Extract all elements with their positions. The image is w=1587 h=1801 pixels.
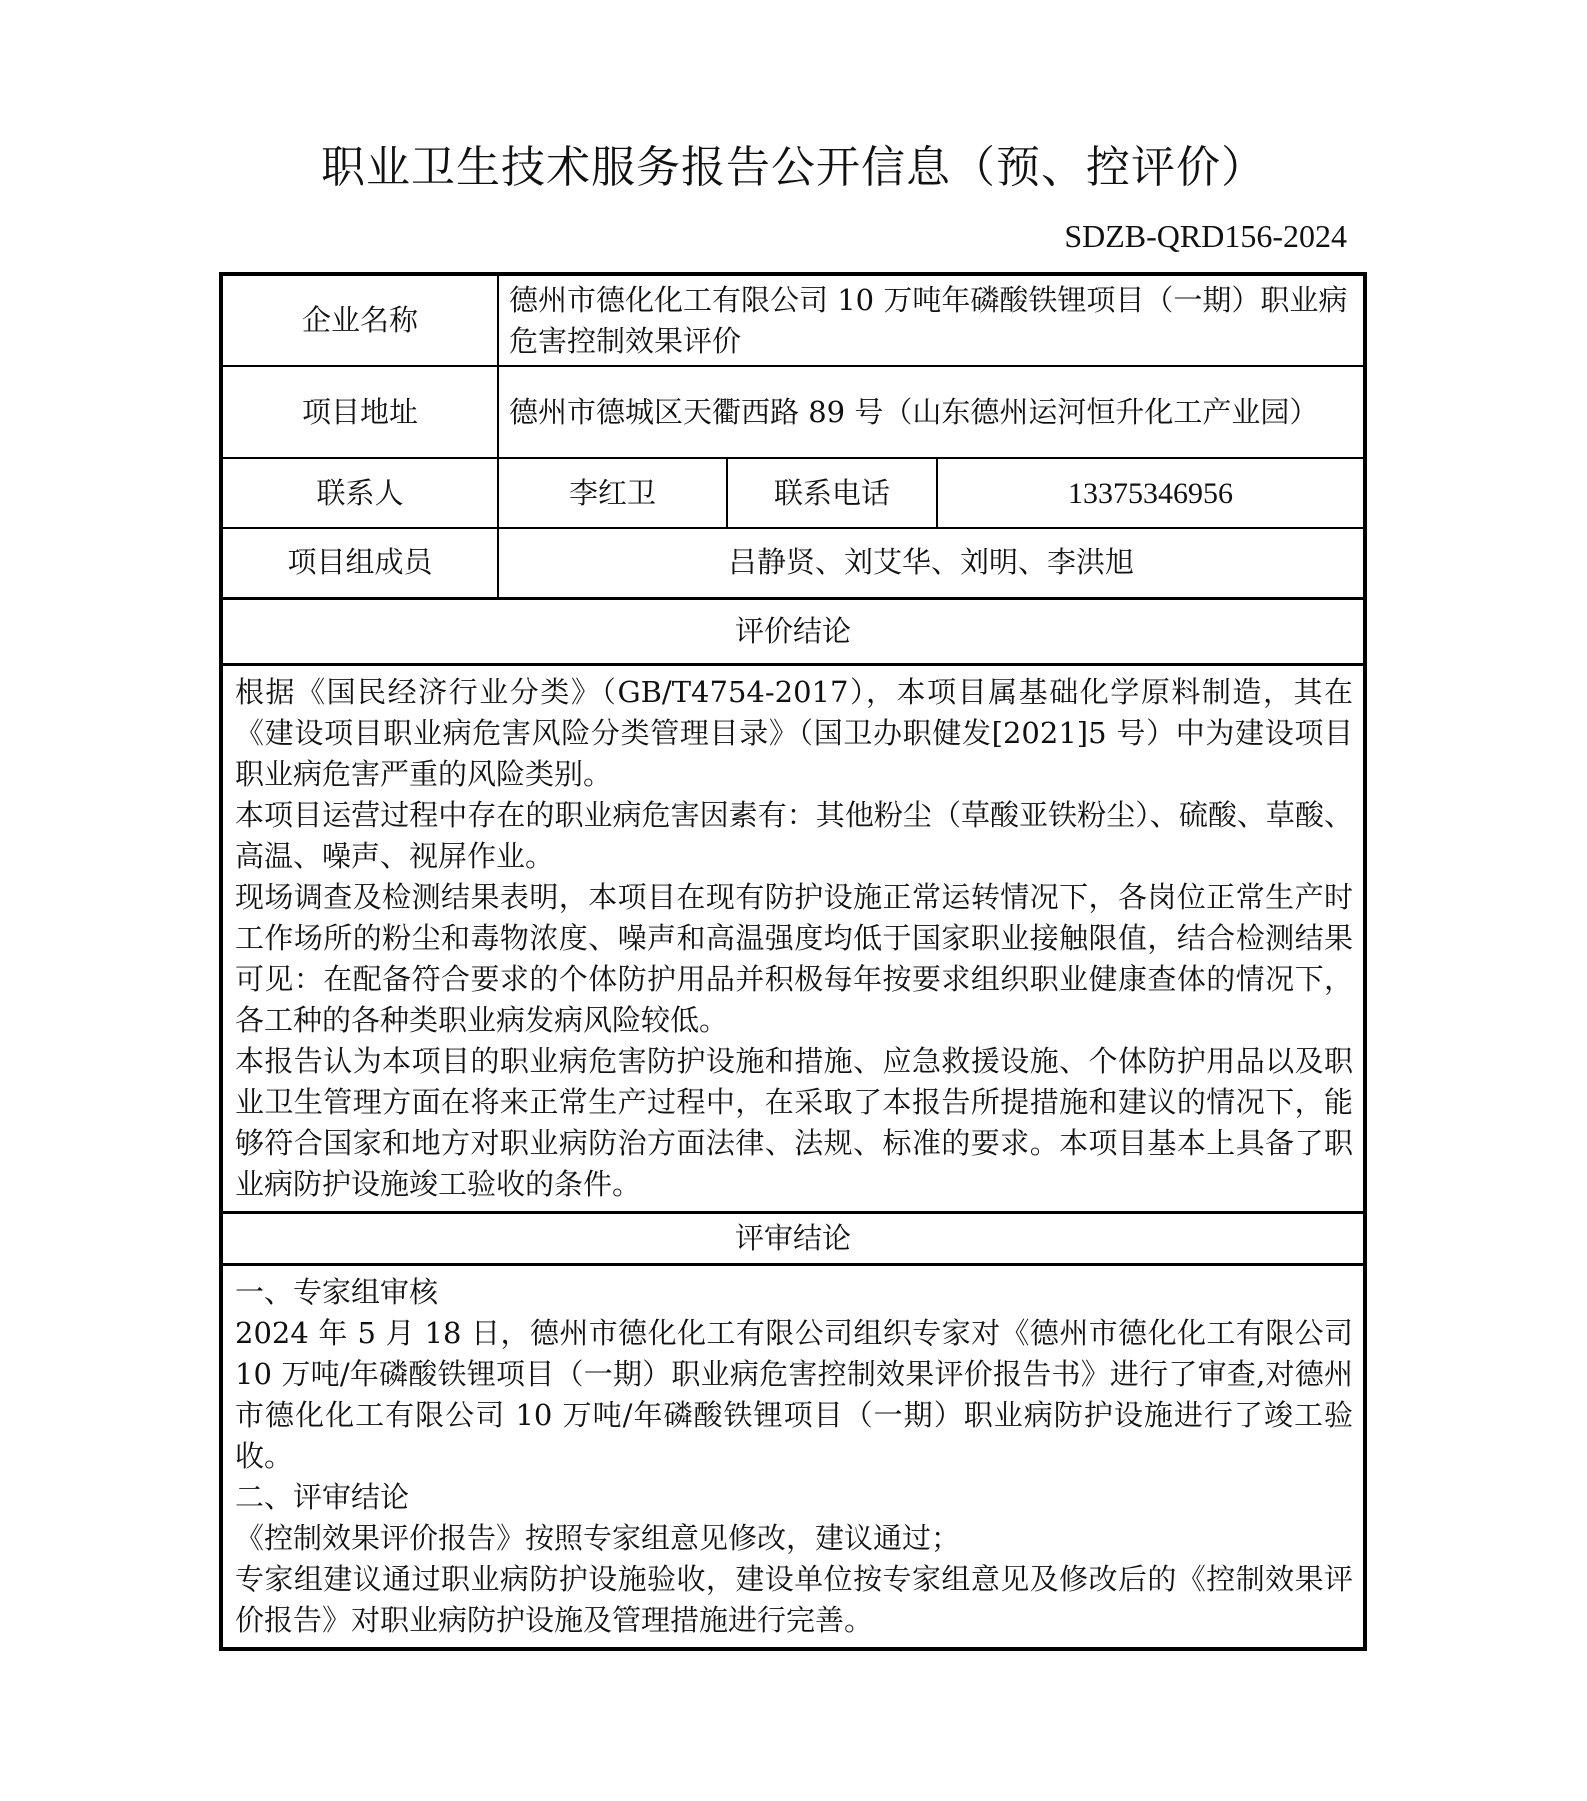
members-value: 吕静贤、刘艾华、刘明、李洪旭 (498, 528, 1365, 598)
review-conclusion: 一、专家组审核 2024 年 5 月 18 日，德州市德化化工有限公司组织专家对… (221, 1264, 1365, 1649)
review-header: 评审结论 (221, 1212, 1365, 1264)
row-contact: 联系人 李红卫 联系电话 13375346956 (221, 458, 1365, 528)
phone-label: 联系电话 (727, 458, 937, 528)
evaluation-paragraph: 本项目运营过程中存在的职业病危害因素有：其他粉尘（草酸亚铁粉尘）、硫酸、草酸、高… (235, 795, 1353, 877)
review-section-heading: 二、评审结论 (235, 1477, 1353, 1518)
row-review-header: 评审结论 (221, 1212, 1365, 1264)
review-paragraph: 2024 年 5 月 18 日，德州市德化化工有限公司组织专家对《德州市德化化工… (235, 1313, 1353, 1477)
row-evaluation-body: 根据《国民经济行业分类》（GB/T4754-2017），本项目属基础化学原料制造… (221, 664, 1365, 1212)
row-evaluation-header: 评价结论 (221, 598, 1365, 664)
address-value: 德州市德城区天衢西路 89 号（山东德州运河恒升化工产业园） (498, 366, 1365, 458)
row-members: 项目组成员 吕静贤、刘艾华、刘明、李洪旭 (221, 528, 1365, 598)
row-company: 企业名称 德州市德化化工有限公司 10 万吨年磷酸铁锂项目（一期）职业病危害控制… (221, 274, 1365, 366)
document-number: SDZB-QRD156-2024 (1064, 214, 1347, 258)
contact-value: 李红卫 (498, 458, 727, 528)
company-value: 德州市德化化工有限公司 10 万吨年磷酸铁锂项目（一期）职业病危害控制效果评价 (498, 274, 1365, 366)
members-label: 项目组成员 (221, 528, 498, 598)
evaluation-paragraph: 本报告认为本项目的职业病危害防护设施和措施、应急救援设施、个体防护用品以及职业卫… (235, 1041, 1353, 1205)
row-review-body: 一、专家组审核 2024 年 5 月 18 日，德州市德化化工有限公司组织专家对… (221, 1264, 1365, 1649)
contact-label: 联系人 (221, 458, 498, 528)
evaluation-paragraph: 根据《国民经济行业分类》（GB/T4754-2017），本项目属基础化学原料制造… (235, 672, 1353, 795)
evaluation-header: 评价结论 (221, 598, 1365, 664)
row-address: 项目地址 德州市德城区天衢西路 89 号（山东德州运河恒升化工产业园） (221, 366, 1365, 458)
company-label: 企业名称 (221, 274, 498, 366)
document-title: 职业卫生技术服务报告公开信息（预、控评价） (0, 138, 1587, 198)
address-label: 项目地址 (221, 366, 498, 458)
review-paragraph: 《控制效果评价报告》按照专家组意见修改，建议通过； (235, 1518, 1353, 1559)
evaluation-conclusion: 根据《国民经济行业分类》（GB/T4754-2017），本项目属基础化学原料制造… (221, 664, 1365, 1212)
info-table: 企业名称 德州市德化化工有限公司 10 万吨年磷酸铁锂项目（一期）职业病危害控制… (219, 272, 1367, 1651)
review-section-heading: 一、专家组审核 (235, 1272, 1353, 1313)
phone-value: 13375346956 (937, 458, 1365, 528)
review-paragraph: 专家组建议通过职业病防护设施验收，建设单位按专家组意见及修改后的《控制效果评价报… (235, 1559, 1353, 1641)
evaluation-paragraph: 现场调查及检测结果表明，本项目在现有防护设施正常运转情况下，各岗位正常生产时工作… (235, 877, 1353, 1041)
